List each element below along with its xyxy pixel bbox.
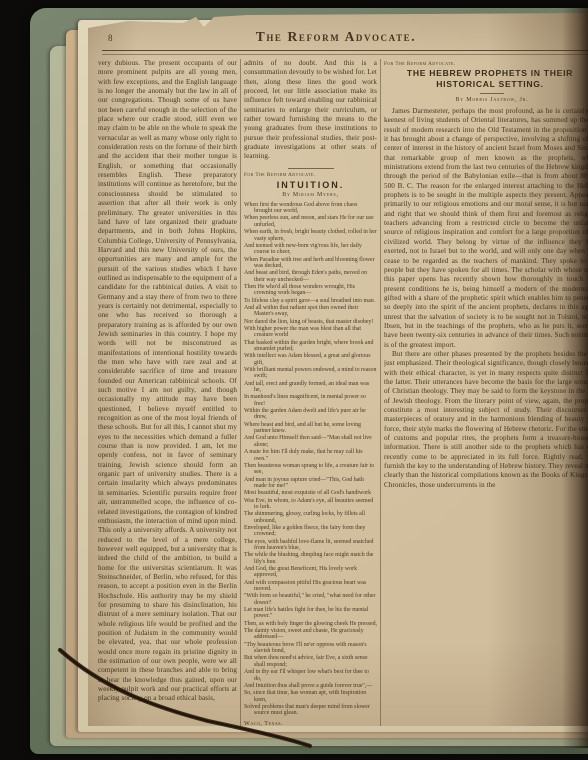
poem-line: And all within that radiant spot then ow…	[244, 305, 377, 318]
article-paragraph: But there are other phases presented by …	[384, 350, 588, 490]
poem-line: Where beast and bird, and all but he, so…	[244, 422, 377, 435]
text-columns: very dubious. The present occupants of o…	[96, 59, 588, 726]
poem-line: Then, as with holy finger the glowing ch…	[244, 621, 377, 627]
poem-line: That basked within the garden bright, wh…	[244, 340, 377, 353]
photo-background: 8 The Reform Advocate. very dubious. The…	[0, 0, 588, 760]
poem-line: And teemed with new-born vig'rous life, …	[244, 243, 377, 256]
poem-line: And beast and bird, through Eden's paths…	[244, 270, 377, 283]
poem-attribution: Waco, Texas.	[244, 720, 377, 726]
poem-line: When earth, in fresh, bright beauty clot…	[244, 229, 377, 242]
poem-line: With brilliant mental powers endowed, a …	[244, 367, 377, 380]
poem-line: With intellect was Adam blessed, a great…	[244, 353, 377, 366]
article-end-rule	[288, 168, 334, 169]
poem-line: The shimmering, glossy, curling locks, b…	[244, 511, 377, 524]
column-3: For The Reform Advocate. THE HEBREW PROP…	[384, 59, 588, 726]
poem-line: And with compassion pitiful His gracious…	[244, 580, 377, 593]
magazine-page: 8 The Reform Advocate. very dubious. The…	[88, 12, 588, 726]
poem-line: With higher power the man was blest than…	[244, 326, 377, 339]
poem-line: Nor dared the lion, king of beasts, that…	[244, 319, 377, 325]
article-paragraph: James Darmesteter, perhaps the most prof…	[384, 107, 588, 350]
poem-line: Enveloped, like a golden fleece, the fai…	[244, 525, 377, 538]
poem-line: Then He who'd all those wonders wrought,…	[244, 284, 377, 297]
column-1: very dubious. The present occupants of o…	[98, 59, 237, 726]
poem-line: And God unto Himself then said—"Man shal…	[244, 435, 377, 448]
column-divider-2	[380, 59, 381, 726]
poem-line: Most beautiful, most exquisite of all Go…	[244, 490, 377, 496]
poem-line: To lifeless clay a spirit gave—a soul br…	[244, 298, 377, 304]
poem-body: When first the wondrous God above from c…	[244, 202, 377, 717]
poem-line: So, since that time, has woman apt, with…	[244, 690, 377, 703]
poem-line: But when thou need'st advice, fair Eve, …	[244, 655, 377, 668]
poem-line: When Paradise with tree and herb and blo…	[244, 257, 377, 270]
poem-line: Then beauteous woman sprang to life, a c…	[244, 463, 377, 476]
poem-line: The while the blushing, dimpling face mi…	[244, 552, 377, 565]
poem-byline: By Miriam Myers,	[244, 192, 377, 198]
header-rule	[102, 50, 588, 55]
poem-line: The eyes, with bashful love-flame lit, s…	[244, 539, 377, 552]
poem-line: When first the wondrous God above from c…	[244, 202, 377, 215]
page-content: 8 The Reform Advocate. very dubious. The…	[88, 12, 588, 726]
poem-line: And Intuition thus shall prove a guide f…	[244, 683, 377, 689]
poem-line: A mate for him I'll duly make, that he m…	[244, 449, 377, 462]
page-header: 8 The Reform Advocate.	[96, 18, 588, 50]
poem-line: Let man life's battles fight for thee, b…	[244, 607, 377, 620]
masthead-title: The Reform Advocate.	[96, 29, 576, 45]
poem-line: Solved problems that man's deeper mind f…	[244, 704, 377, 717]
article-byline: By Morris Jastrow, Jr.	[384, 97, 588, 103]
poem-line: When peerless sun, and moon, and stars H…	[244, 215, 377, 228]
poem-line: And man in joyous rapture cried—"This, G…	[244, 477, 377, 490]
article-kicker: For The Reform Advocate.	[384, 61, 588, 67]
poem-title: INTUITION.	[244, 180, 377, 190]
poem-line: "Thy beauteous brow I'll ne'er oppress w…	[244, 642, 377, 655]
poem-line: "With form so beautiful," he cried, "wha…	[244, 593, 377, 606]
poem-line: Within the garden Adam dwelt and life's …	[244, 408, 377, 421]
poem-line: And tall, erect and grandly formed, an i…	[244, 381, 377, 394]
article-continuation-text: very dubious. The present occupants of o…	[98, 59, 237, 704]
poem-line: In manhood's lines magnificent, in menta…	[244, 394, 377, 407]
title-rule	[480, 93, 504, 94]
poem-line: And God, the great Beneficent, His lovel…	[244, 566, 377, 579]
article-title: THE HEBREW PROPHETS IN THEIR HISTORICAL …	[384, 68, 588, 90]
poem-line: The dainty vision, sweet and chaste, He …	[244, 628, 377, 641]
poem-line: Was Eve, in whom, to Adam's eye, all bea…	[244, 498, 377, 511]
column-2: admits of no doubt. And this is a consum…	[244, 59, 377, 726]
poem-kicker: For The Reform Advocate.	[244, 172, 377, 178]
column-divider-1	[240, 59, 241, 726]
poem-line: And in thy ear I'll whisper low what's b…	[244, 669, 377, 682]
article-closing-text: admits of no doubt. And this is a consum…	[244, 59, 377, 162]
